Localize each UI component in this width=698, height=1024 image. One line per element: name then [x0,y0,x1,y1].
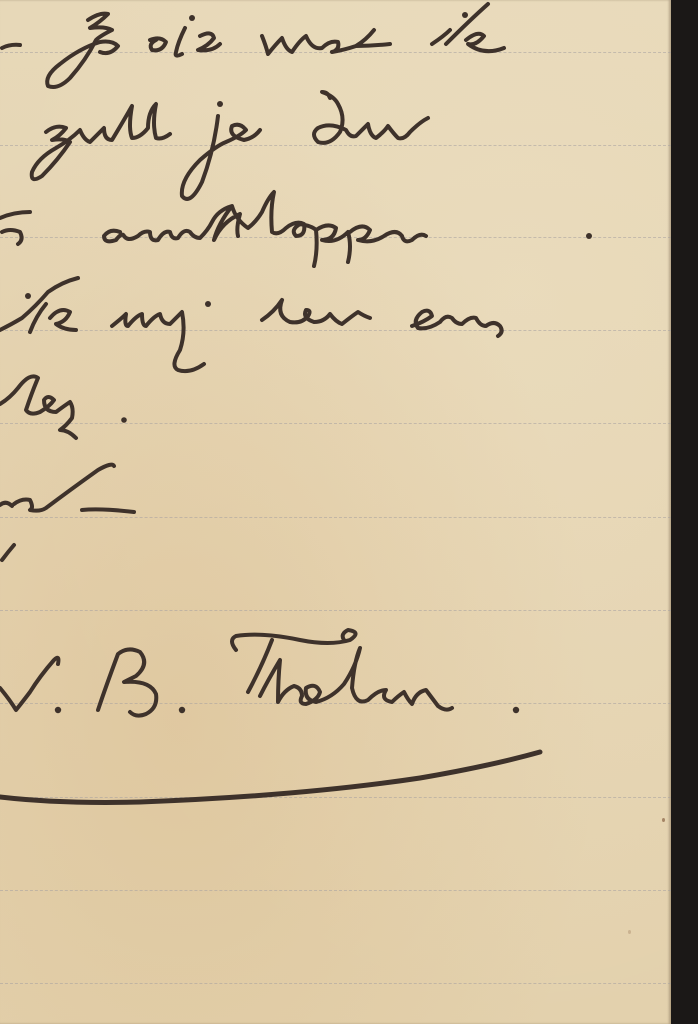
scan-background-edge [671,0,698,1024]
paper-sheet: … ze is weet ik zult je dus … aankloppen… [0,0,671,1024]
letter-scan: … ze is weet ik zult je dus … aankloppen… [0,0,698,1024]
handwriting [0,0,671,1024]
